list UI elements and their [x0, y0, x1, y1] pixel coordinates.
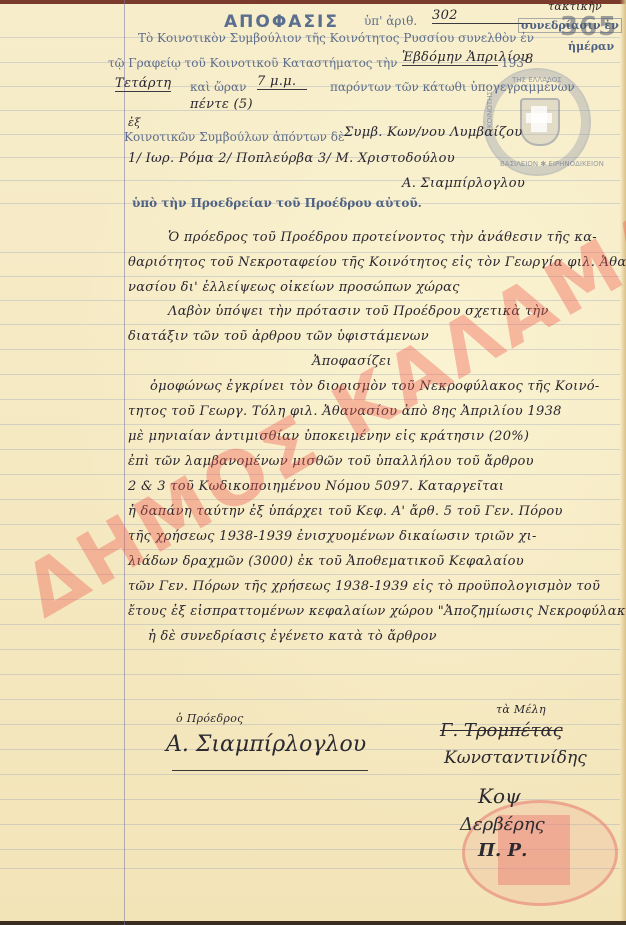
page-top-edge [0, 0, 626, 4]
decision-line: λιάδων δραχμῶν (3000) ἐκ τοῦ Ἀποθεματικο… [128, 554, 524, 569]
president-label: ὁ Πρόεδρος [176, 712, 244, 725]
ruled-line [0, 276, 620, 277]
meeting-date: Ἑβδόμην Ἀπριλίου [402, 50, 498, 66]
ruled-line [0, 474, 620, 475]
printed-line-3: παρόντων τῶν κάτωθι ὑπογεγραμμένων [330, 80, 575, 94]
printed-line-2: τῷ Γραφείῳ τοῦ Κοινοτικοῦ Καταστήματος τ… [108, 56, 397, 70]
ruled-line [0, 449, 620, 450]
ruled-line [0, 252, 620, 253]
decision-line: μὲ μηνιαίαν ἀντιμισθίαν ὑποκειμένην εἰς … [128, 429, 529, 444]
decision-line: ὁμοφώνως ἐγκρίνει τὸν διορισμὸν τοῦ Νεκρ… [150, 379, 600, 394]
ruled-line [0, 499, 620, 500]
body-line: διατάξιν τῶν τοῦ ἀρθρου τῶν ὑφιστάμενων [128, 329, 429, 344]
decision-heading: Ἀποφασίζει [312, 354, 392, 369]
stamp-text-bottom: ΒΑΣΙΛΕΙΟΝ ✱ ΕΙΡΗΝΟΔΙΚΕΙΟΝ [500, 160, 604, 168]
decision-line: ἡ δὲ συνεδρίασις ἐγένετο κατὰ τὸ ἄρθρον [148, 629, 437, 644]
ruled-line [0, 524, 620, 525]
ruled-line [0, 324, 620, 325]
ruled-line [0, 549, 620, 550]
decision-line: ἐπὶ τῶν λαμβανομένων μισθῶν τοῦ ὑπαλλήλο… [128, 454, 534, 469]
council-mark: ἐξ [128, 116, 141, 129]
absent-councillors-list: 1/ Ιωρ. Ρόμα 2/ Ποπλεύρβα 3/ Μ. Χριστοδο… [128, 151, 455, 166]
stamp-cross-icon [526, 113, 552, 123]
decision-line: 2 & 3 τοῦ Κωδικοποιημένου Νόμου 5097. Κα… [128, 479, 504, 494]
signature-underline [172, 770, 368, 771]
ruled-line [0, 624, 620, 625]
present-count: πέντε (5) [190, 97, 253, 112]
ruled-line [0, 774, 620, 775]
ruled-line [0, 399, 620, 400]
ruled-line [0, 349, 620, 350]
body-line: Ὁ πρόεδρος τοῦ Προέδρου προτείνοντος τὴν… [168, 230, 597, 245]
document-title: ΑΠΟΦΑΣΙΣ [224, 12, 339, 32]
number-label: ὑπ' ἀριθ. [364, 14, 417, 28]
member-signature: Κωνσταντινίδης [444, 748, 587, 768]
absent-councillor: Συμβ. Κων/νου Λυμβαίζου [344, 125, 523, 140]
presidency-line: ὑπὸ τὴν Προεδρείαν τοῦ Προέδρου αὐτοῦ. [132, 196, 422, 210]
president-name: Α. Σιαμπίρλογλου [402, 176, 525, 191]
number-stamp: 365 [560, 12, 617, 42]
ruled-line [0, 424, 620, 425]
decision-line: ἔτους ἐξ εἰσπραττομένων κεφαλαίων χώρου … [128, 604, 626, 619]
day-label: ἡμέραν [568, 40, 614, 53]
document-page: ΤΗΣ ΕΛΛΑΔΟΣ ΚΟΙΝΟΤΗΣ ΒΑΣΙΛΕΙΟΝ ✱ ΕΙΡΗΝΟΔ… [0, 0, 626, 925]
member-signature: Γ. Τρομπέτας [440, 720, 563, 741]
weekday: Τετάρτη [115, 76, 171, 92]
body-line: Λαβὸν ὑπόψει τὴν πρότασιν τοῦ Προέδρου σ… [168, 304, 549, 319]
ruled-line [0, 374, 620, 375]
councillors-label: Κοινοτικῶν Συμβούλων ἀπόντων δὲ [124, 130, 344, 144]
member-signature: Κοψ [478, 784, 521, 808]
member-signature: Δερβέρης [460, 814, 545, 835]
ruled-line [0, 649, 620, 650]
year-prefix: 193 [501, 56, 524, 70]
member-signature: Π. Ρ. [478, 840, 527, 861]
decision-line: ἡ δαπάνη ταύτην ἐξ ὑπάρχει τοῦ Κεφ. Α' ἄ… [128, 504, 563, 519]
decision-number: 302 [432, 8, 532, 24]
printed-line-1: Τὸ Κοινοτικὸν Συμβούλιον τῆς Κοινότητος … [138, 31, 534, 45]
president-signature: Α. Σιαμπίρλογλου [166, 732, 366, 757]
members-label: τὰ Μέλη [496, 703, 546, 716]
page-bottom-edge [0, 921, 626, 925]
stamp-text-left: ΚΟΙΝΟΤΗΣ [486, 91, 494, 128]
year-digit: 8 [525, 52, 534, 67]
meeting-hour: 7 μ.μ. [257, 74, 307, 90]
body-line: θαριότητος τοῦ Νεκροταφείου τῆς Κοινότητ… [128, 255, 626, 270]
ruled-line [0, 300, 620, 301]
printed-hour-label: καὶ ὥραν [190, 80, 246, 94]
ruled-line [0, 574, 620, 575]
ruled-line [0, 699, 620, 700]
decision-line: τητος τοῦ Γεωργ. Τόλη φιλ. Ἀθανασίου ἀπὸ… [128, 404, 562, 419]
decision-line: τῶν Γεν. Πόρων τῆς χρήσεως 1938-1939 εἰς… [128, 579, 600, 594]
ruled-line [0, 599, 620, 600]
page-right-edge [620, 0, 626, 925]
ruled-line [0, 180, 620, 181]
body-line: νασίου δι' ἑλλείψεως οἰκείων προσώπων χώ… [128, 280, 460, 295]
decision-line: τῆς χρήσεως 1938-1939 ἐνισχυομένων δικαί… [128, 529, 537, 544]
ruled-line [0, 674, 620, 675]
